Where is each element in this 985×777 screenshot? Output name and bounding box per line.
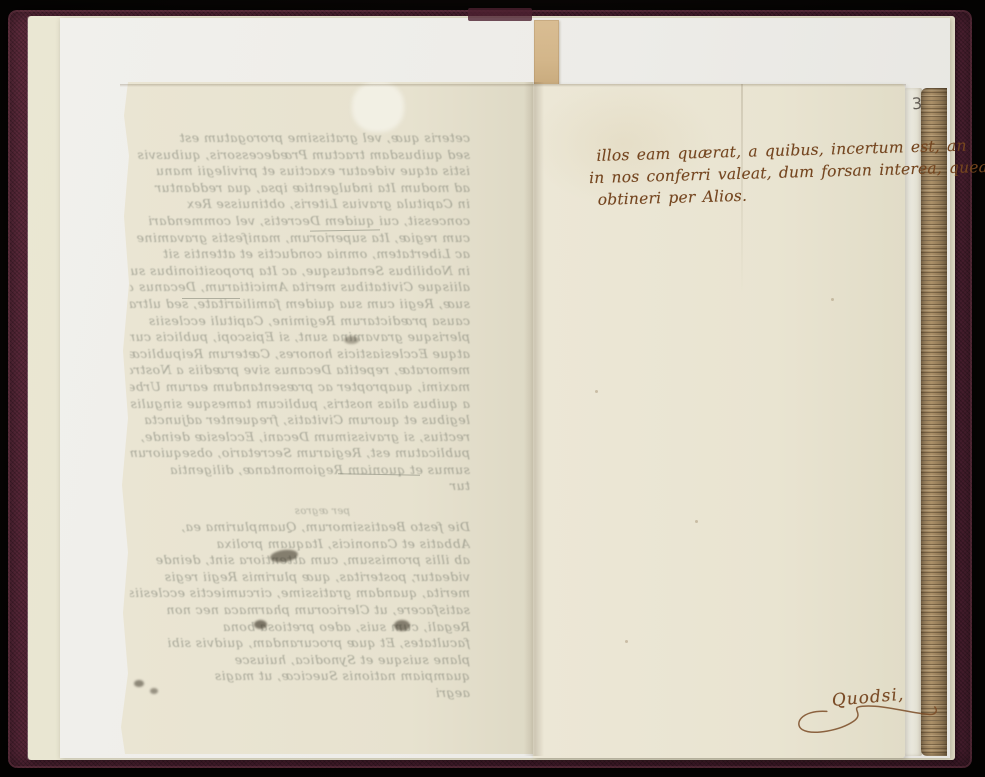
foxing-spot (625, 640, 628, 643)
manuscript-text: illos eam quærat, a quibus, incertum est… (596, 135, 948, 211)
showthrough-line: maximi, quapropter ac præsentandum earum… (130, 379, 470, 396)
showthrough-line: ab illis promissum, cum attentiora sint,… (130, 552, 470, 569)
foxing-spot (695, 520, 698, 523)
showthrough-line: causa prædictarum Regimine, Capituli ecc… (130, 313, 470, 330)
showthrough-line: Regali, cum suis, adeo pretiosa bona (130, 619, 470, 636)
showthrough-line: suæ, Regii cum sua quidem familiaritate,… (130, 296, 470, 313)
showthrough-line: ceteris quæ, vel gratissime prorogatum e… (130, 130, 470, 147)
showthrough-line: sumus et quoniam Regiomontanæ, diligenti… (130, 462, 470, 479)
showthrough-line: tur (130, 478, 470, 495)
showthrough-line: istis atque videatur exactius et privile… (130, 163, 470, 180)
showthrough-line: ac Libertatem, omnia conductis et attent… (130, 246, 470, 263)
showthrough-heading: per ægros (130, 505, 470, 519)
repair-tab (534, 20, 559, 87)
ink-blot (254, 620, 267, 629)
showthrough-line: aegri (130, 685, 470, 702)
showthrough-line: facultates, Et quæ procurandam, quidvis … (130, 635, 470, 652)
showthrough-line: Die festo Beatissimorum, Quamplurima ea, (130, 519, 470, 536)
ink-blot (150, 688, 158, 694)
showthrough-line: publicatum est, Regiarum Secretario, obs… (130, 445, 470, 462)
ink-blot (344, 336, 359, 344)
showthrough-line: ad modum Ita indulgentiæ ipsa, qua redda… (130, 180, 470, 197)
page-top-edge-shadow (120, 84, 906, 87)
showthrough-text: ceteris quæ, vel gratissime prorogatum e… (130, 130, 470, 702)
showthrough-line: memoratæ, repetita Decanus sive prædiis … (130, 362, 470, 379)
showthrough-line: aliisque Civitatibus merita Amicitiarum,… (130, 279, 470, 296)
showthrough-line: videatur, posteritas, quæ plurimis Regii… (130, 569, 470, 586)
showthrough-block-2: Die festo Beatissimorum, Quamplurima ea,… (130, 519, 470, 702)
paper-repair-patch (352, 82, 404, 132)
showthrough-line: rectius, si gravissimum Decani, Ecclesiæ… (130, 429, 470, 446)
ink-blot (134, 680, 144, 687)
showthrough-line: merita, quandam gratissime, circumiectis… (130, 585, 470, 602)
showthrough-underline (182, 298, 240, 299)
page-number: 3 (911, 94, 922, 114)
showthrough-line: in Nobilibus Senatusque, ac Ita proposit… (130, 263, 470, 280)
showthrough-line: sed quibusdam tractum Prædecessoris, qui… (130, 147, 470, 164)
showthrough-line: in Capitula gravius Literis, obtinuisse … (130, 196, 470, 213)
showthrough-line: satisfacere, ut Clericorum pharmaca nec … (130, 602, 470, 619)
left-page: ceteris quæ, vel gratissime prorogatum e… (120, 82, 533, 754)
ink-blot (394, 620, 410, 631)
showthrough-line: plane suisque et Synodica, huiusce (130, 652, 470, 669)
showthrough-block-1: ceteris quæ, vel gratissime prorogatum e… (130, 130, 470, 495)
foxing-spot (595, 390, 598, 393)
foxing-spot (831, 298, 834, 301)
showthrough-line: atque Ecclesiasticis honores, Cæterum Re… (130, 346, 470, 363)
paragraph-gap (130, 495, 470, 505)
showthrough-line: cum regiæ, Ita superiorum, manifestis gr… (130, 230, 470, 247)
spine-edge (468, 8, 532, 21)
showthrough-line: Abbatis et Canonicis, Itaquam prolixa (130, 536, 470, 553)
right-page: illos eam quærat, a quibus, incertum est… (533, 84, 905, 758)
showthrough-line: legibus et quorum Civitatis, frequenter … (130, 412, 470, 429)
showthrough-line: concessit, cui quidem Decretis, vel comm… (130, 213, 470, 230)
showthrough-line: plerisque gravamina sunt, si Episcopi, p… (130, 329, 470, 346)
photo-background: ceteris quæ, vel gratissime prorogatum e… (0, 0, 985, 777)
showthrough-line: a quibus alias nostris, publicum tamesqu… (130, 396, 470, 413)
showthrough-line: quampiam nationis Suecicæ, ut magis (130, 668, 470, 685)
